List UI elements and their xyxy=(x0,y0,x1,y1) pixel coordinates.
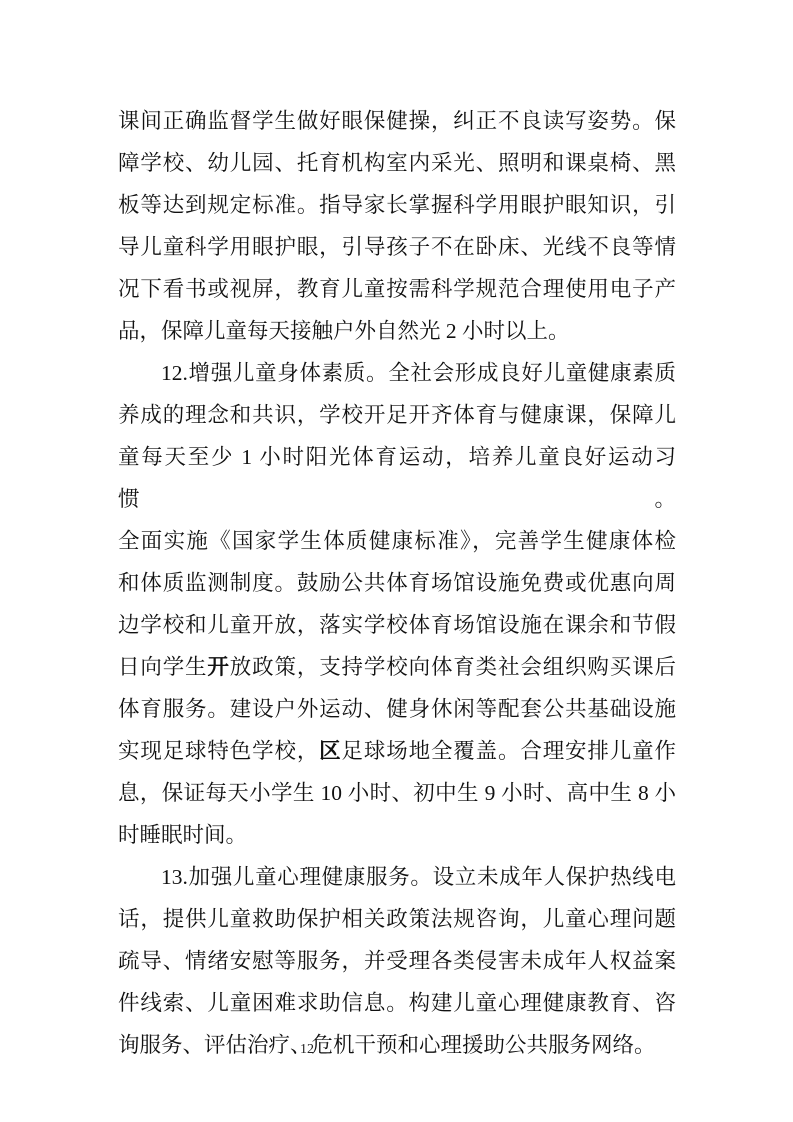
text-line: 疏导、情绪安慰等服务，并受理各类侵害未成年人权益案 xyxy=(118,940,676,982)
text-segment: 障学校、幼儿园、托育机构室内采光、照明和课桌椅、黑 xyxy=(118,151,676,175)
text-block: 课间正确监督学生做好眼保健操，纠正不良读写姿势。保障学校、幼儿园、托育机构室内采… xyxy=(118,100,676,1066)
text-line: 导儿童科学用眼护眼，引导孩子不在卧床、光线不良等情 xyxy=(118,226,676,268)
text-line: 12.增强儿童身体素质。全社会形成良好儿童健康素质 xyxy=(118,352,676,394)
text-line: 息，保证每天小学生 10 小时、初中生 9 小时、高中生 8 小 xyxy=(118,772,676,814)
text-segment: 询服务、评估治疗、危机干预和心理援助公共服务网络。 xyxy=(118,1033,656,1057)
paragraph: 12.增强儿童身体素质。全社会形成良好儿童健康素质养成的理念和共识，学校开足开齐… xyxy=(118,352,676,856)
text-segment: 板等达到规定标准。指导家长掌握科学用眼护眼知识，引 xyxy=(118,193,676,217)
text-segment: 12.增强儿童身体素质。全社会形成良好儿童健康素质 xyxy=(161,361,676,385)
text-line: 和体质监测制度。鼓励公共体育场馆设施免费或优惠向周 xyxy=(118,562,676,604)
text-line: 时睡眠时间。 xyxy=(118,814,676,856)
text-line: 障学校、幼儿园、托育机构室内采光、照明和课桌椅、黑 xyxy=(118,142,676,184)
text-segment: 况下看书或视屏，教育儿童按需科学规范合理使用电子产 xyxy=(118,277,676,301)
text-segment: 养成的理念和共识，学校开足开齐体育与健康课，保障儿 xyxy=(118,403,676,427)
text-segment: 边学校和儿童开放，落实学校体育场馆设施在课余和节假 xyxy=(118,613,676,637)
text-line: 日向学生开放政策，支持学校向体育类社会组织购买课后 xyxy=(118,646,676,688)
text-segment: 体育服务。建设户外运动、健身休闲等配套公共基础设施 xyxy=(118,697,676,721)
paragraph: 课间正确监督学生做好眼保健操，纠正不良读写姿势。保障学校、幼儿园、托育机构室内采… xyxy=(118,100,676,352)
text-segment: 件线索、儿童困难求助信息。构建儿童心理健康教育、咨 xyxy=(118,991,676,1015)
text-segment: 童每天至少 1 小时阳光体育运动，培养儿童良好运动习惯。 xyxy=(118,445,676,511)
text-line: 边学校和儿童开放，落实学校体育场馆设施在课余和节假 xyxy=(118,604,676,646)
text-line: 询服务、评估治疗、危机干预和心理援助公共服务网络。 xyxy=(118,1024,676,1066)
text-segment: 和体质监测制度。鼓励公共体育场馆设施免费或优惠向周 xyxy=(118,571,676,595)
text-line: 体育服务。建设户外运动、健身休闲等配套公共基础设施 xyxy=(118,688,676,730)
text-line: 况下看书或视屏，教育儿童按需科学规范合理使用电子产 xyxy=(118,268,676,310)
text-segment: 时睡眠时间。 xyxy=(118,823,247,847)
paragraph: 13.加强儿童心理健康服务。设立未成年人保护热线电话，提供儿童救助保护相关政策法… xyxy=(118,856,676,1066)
page-number: 12 xyxy=(300,1042,314,1058)
text-segment: 放政策，支持学校向体育类社会组织购买课后 xyxy=(230,655,676,679)
text-line: 全面实施《国家学生体质健康标准》，完善学生健康体检 xyxy=(118,520,676,562)
text-line: 板等达到规定标准。指导家长掌握科学用眼护眼知识，引 xyxy=(118,184,676,226)
text-line: 件线索、儿童困难求助信息。构建儿童心理健康教育、咨 xyxy=(118,982,676,1024)
text-segment: 全面实施《国家学生体质健康标准》，完善学生健康体检 xyxy=(118,529,676,553)
text-segment: 息，保证每天小学生 10 小时、初中生 9 小时、高中生 8 小 xyxy=(118,781,676,805)
text-segment: 足球场地全覆盖。合理安排儿童作 xyxy=(342,739,676,763)
text-line: 实现足球特色学校，区足球场地全覆盖。合理安排儿童作 xyxy=(118,730,676,772)
text-segment: 课间正确监督学生做好眼保健操，纠正不良读写姿势。保 xyxy=(118,109,676,133)
inserted-bold-char: 区 xyxy=(319,739,341,763)
text-segment: 实现足球特色学校， xyxy=(118,739,319,763)
text-segment: 疏导、情绪安慰等服务，并受理各类侵害未成年人权益案 xyxy=(118,949,676,973)
text-line: 品，保障儿童每天接触户外自然光 2 小时以上。 xyxy=(118,310,676,352)
text-line: 课间正确监督学生做好眼保健操，纠正不良读写姿势。保 xyxy=(118,100,676,142)
text-segment: 话，提供儿童救助保护相关政策法规咨询，儿童心理问题 xyxy=(118,907,676,931)
text-line: 童每天至少 1 小时阳光体育运动，培养儿童良好运动习惯。 xyxy=(118,436,676,520)
text-segment: 日向学生 xyxy=(118,655,207,679)
text-line: 话，提供儿童救助保护相关政策法规咨询，儿童心理问题 xyxy=(118,898,676,940)
text-segment: 品，保障儿童每天接触户外自然光 2 小时以上。 xyxy=(118,319,570,343)
inserted-bold-char: 开 xyxy=(207,655,229,679)
document-page: 课间正确监督学生做好眼保健操，纠正不良读写姿势。保障学校、幼儿园、托育机构室内采… xyxy=(0,0,793,1122)
text-segment: 13.加强儿童心理健康服务。设立未成年人保护热线电 xyxy=(161,865,676,889)
text-line: 养成的理念和共识，学校开足开齐体育与健康课，保障儿 xyxy=(118,394,676,436)
text-segment: 导儿童科学用眼护眼，引导孩子不在卧床、光线不良等情 xyxy=(118,235,676,259)
text-line: 13.加强儿童心理健康服务。设立未成年人保护热线电 xyxy=(118,856,676,898)
